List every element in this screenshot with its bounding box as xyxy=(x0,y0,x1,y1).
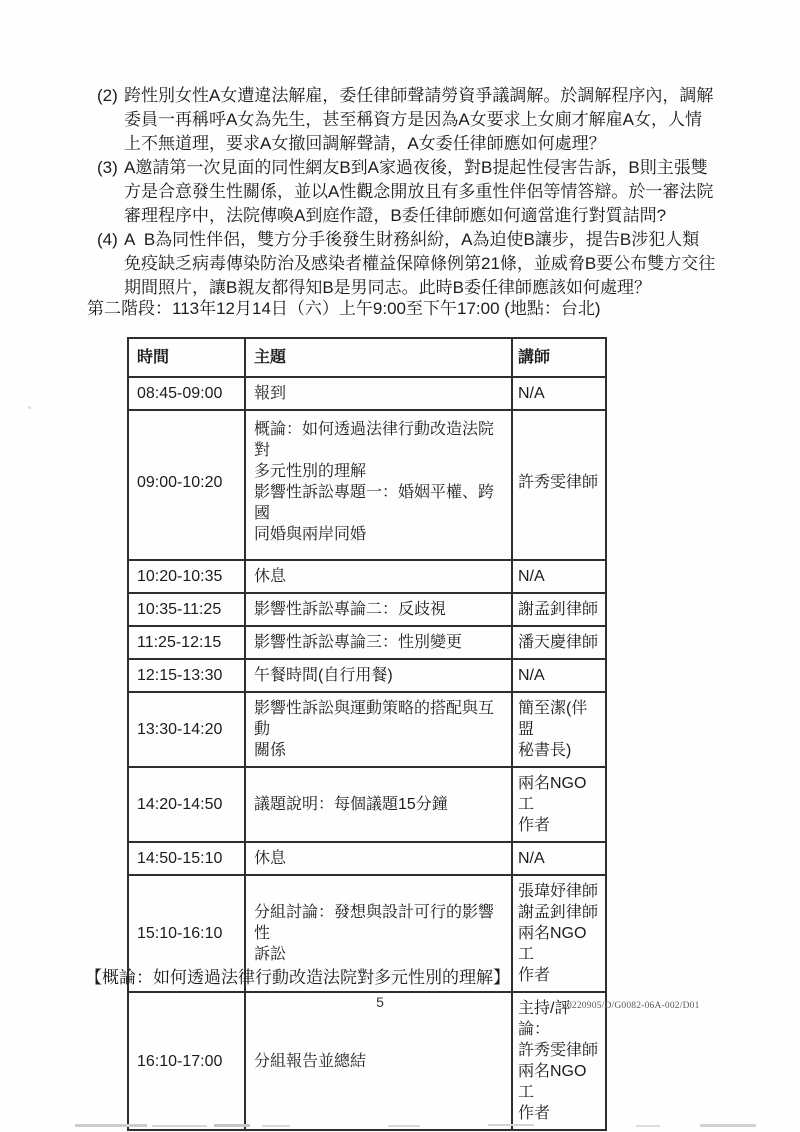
lecturer-cell: N/A xyxy=(512,377,606,410)
topic-cell: 休息 xyxy=(245,560,512,593)
time-cell: 13:30-14:20 xyxy=(128,692,245,767)
document-code: 20220905/D/G0082-06A-002/D01 xyxy=(562,1001,700,1011)
topic-cell: 概論：如何透過法律行動改造法院對 多元性別的理解 影響性訴訟專題一：婚姻平權、跨… xyxy=(245,410,512,560)
scan-artifact xyxy=(388,1125,420,1127)
stage-heading: 第二階段：113年12月14日（六）上午9:00至下午17:00 (地點：台北) xyxy=(87,298,601,320)
topic-cell: 報到 xyxy=(245,377,512,410)
header-lecturer: 講師 xyxy=(512,338,606,377)
lecturer-cell: 張瑋妤律師 謝孟釗律師 兩名NGO工 作者 xyxy=(512,875,606,992)
header-topic: 主題 xyxy=(245,338,512,377)
lecturer-cell: 簡至潔(伴盟 秘書長) xyxy=(512,692,606,767)
scan-artifact xyxy=(214,1124,250,1127)
topic-cell: 議題說明：每個議題15分鐘 xyxy=(245,767,512,842)
scan-artifact xyxy=(152,1125,207,1127)
lecturer-cell: 主持/評論： 許秀雯律師 兩名NGO工 作者 xyxy=(512,992,606,1130)
scanned-document-page: (2) 跨性別女性A女遭違法解雇，委任律師聲請勞資爭議調解。於調解程序內，調解 … xyxy=(0,0,800,1132)
page-number: 5 xyxy=(366,994,394,1010)
case-number: (3) xyxy=(97,156,124,228)
table-row: 16:10-17:00 分組報告並總結 主持/評論： 許秀雯律師 兩名NGO工 … xyxy=(128,992,606,1130)
lecturer-cell: N/A xyxy=(512,842,606,875)
time-cell: 10:35-11:25 xyxy=(128,593,245,626)
topic-cell: 休息 xyxy=(245,842,512,875)
case-text: A B為同性伴侶，雙方分手後發生財務糾紛，A為迫使B讓步，提告B涉犯人類 免疫缺… xyxy=(124,228,717,300)
case-list: (2) 跨性別女性A女遭違法解雇，委任律師聲請勞資爭議調解。於調解程序內，調解 … xyxy=(97,84,717,300)
time-cell: 10:20-10:35 xyxy=(128,560,245,593)
case-text: 跨性別女性A女遭違法解雇，委任律師聲請勞資爭議調解。於調解程序內，調解 委員一再… xyxy=(124,84,717,156)
lecturer-cell: 謝孟釗律師 xyxy=(512,593,606,626)
footer-topic-note: 【概論：如何透過法律行動改造法院對多元性別的理解】 xyxy=(85,963,510,988)
scan-artifact xyxy=(262,1125,290,1127)
topic-cell: 午餐時間(自行用餐) xyxy=(245,659,512,692)
lecturer-cell: N/A xyxy=(512,659,606,692)
topic-cell: 分組報告並總結 xyxy=(245,992,512,1130)
time-cell: 14:50-15:10 xyxy=(128,842,245,875)
lecturer-cell: 潘天慶律師 xyxy=(512,626,606,659)
table-row: 10:35-11:25 影響性訴訟專論二：反歧視 謝孟釗律師 xyxy=(128,593,606,626)
lecturer-cell: N/A xyxy=(512,560,606,593)
case-item-4: (4) A B為同性伴侶，雙方分手後發生財務糾紛，A為迫使B讓步，提告B涉犯人類… xyxy=(97,228,717,300)
schedule-table: 時間 主題 講師 08:45-09:00 報到 N/A 09:00-10:20 … xyxy=(127,337,607,1131)
lecturer-cell: 許秀雯律師 xyxy=(512,410,606,560)
topic-cell: 影響性訴訟專論三：性別變更 xyxy=(245,626,512,659)
scan-artifact xyxy=(700,1124,756,1127)
time-cell: 16:10-17:00 xyxy=(128,992,245,1130)
time-cell: 09:00-10:20 xyxy=(128,410,245,560)
time-cell: 14:20-14:50 xyxy=(128,767,245,842)
table-header-row: 時間 主題 講師 xyxy=(128,338,606,377)
table-row: 11:25-12:15 影響性訴訟專論三：性別變更 潘天慶律師 xyxy=(128,626,606,659)
table-row: 13:30-14:20 影響性訴訟與運動策略的搭配與互動 關係 簡至潔(伴盟 秘… xyxy=(128,692,606,767)
scan-artifact xyxy=(488,1124,534,1126)
topic-cell: 影響性訴訟與運動策略的搭配與互動 關係 xyxy=(245,692,512,767)
case-number: (2) xyxy=(97,84,124,156)
case-item-2: (2) 跨性別女性A女遭違法解雇，委任律師聲請勞資爭議調解。於調解程序內，調解 … xyxy=(97,84,717,156)
table-row: 09:00-10:20 概論：如何透過法律行動改造法院對 多元性別的理解 影響性… xyxy=(128,410,606,560)
time-cell: 11:25-12:15 xyxy=(128,626,245,659)
scan-artifact xyxy=(75,1124,147,1127)
time-cell: 12:15-13:30 xyxy=(128,659,245,692)
topic-cell: 影響性訴訟專論二：反歧視 xyxy=(245,593,512,626)
lecturer-cell: 兩名NGO工 作者 xyxy=(512,767,606,842)
time-cell: 08:45-09:00 xyxy=(128,377,245,410)
table-row: 14:50-15:10 休息 N/A xyxy=(128,842,606,875)
header-time: 時間 xyxy=(128,338,245,377)
table-row: 08:45-09:00 報到 N/A xyxy=(128,377,606,410)
scan-speck xyxy=(28,406,31,409)
case-item-3: (3) A邀請第一次見面的同性網友B到A家過夜後，對B提起性侵害告訴，B則主張雙… xyxy=(97,156,717,228)
case-number: (4) xyxy=(97,228,124,300)
table-row: 14:20-14:50 議題說明：每個議題15分鐘 兩名NGO工 作者 xyxy=(128,767,606,842)
case-text: A邀請第一次見面的同性網友B到A家過夜後，對B提起性侵害告訴，B則主張雙 方是合… xyxy=(124,156,717,228)
scan-artifact xyxy=(636,1125,660,1127)
table-row: 12:15-13:30 午餐時間(自行用餐) N/A xyxy=(128,659,606,692)
table-row: 10:20-10:35 休息 N/A xyxy=(128,560,606,593)
